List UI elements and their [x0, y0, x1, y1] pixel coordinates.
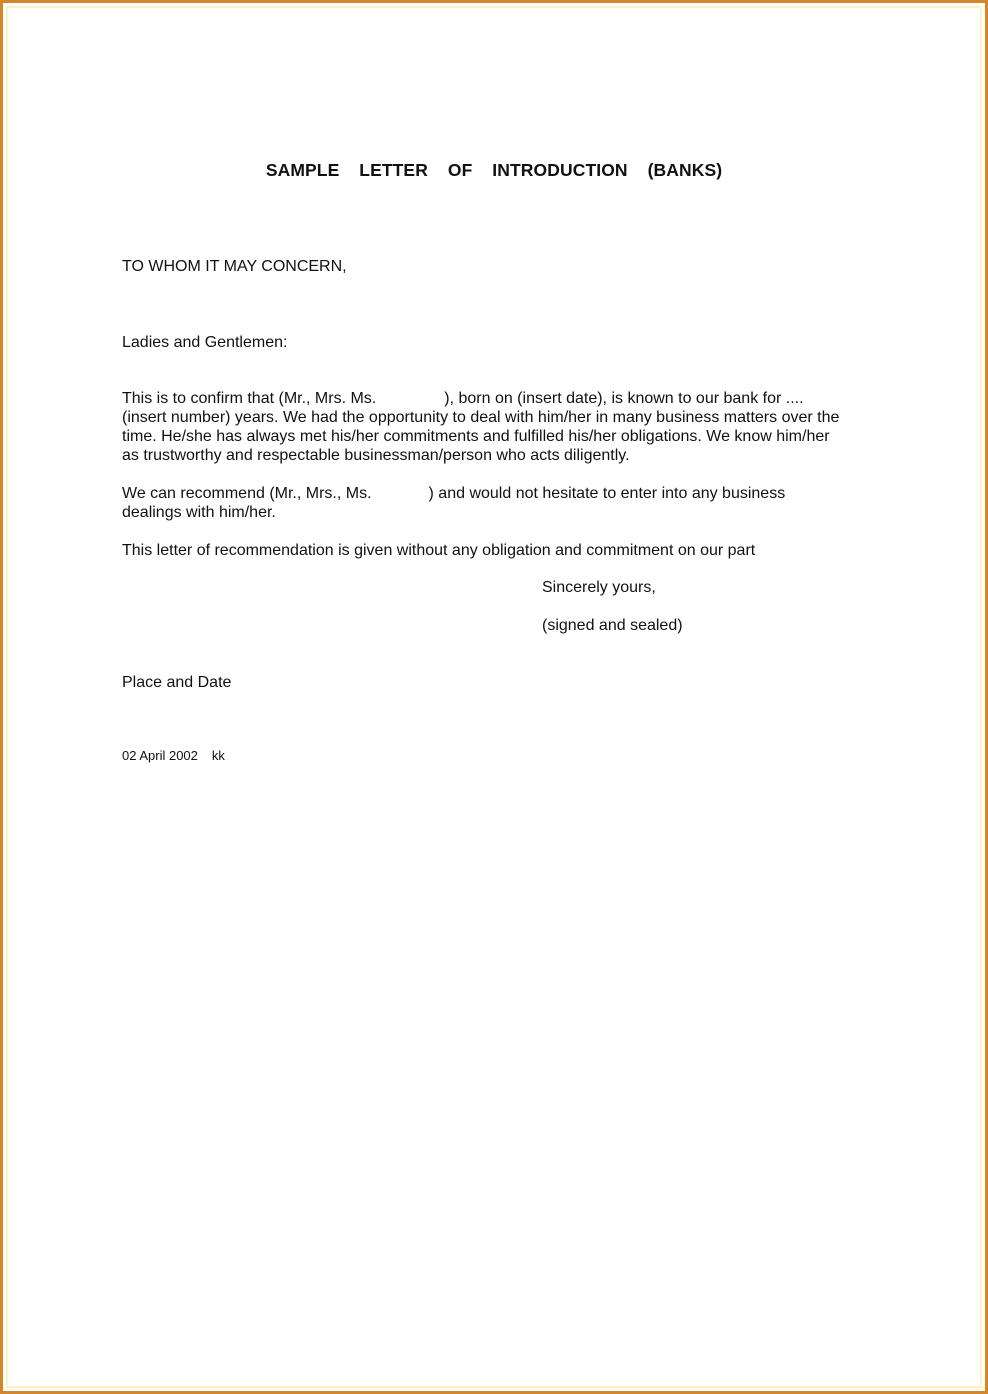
footer-date: 02 April 2002 — [122, 748, 198, 763]
text-segment: We can recommend (Mr., Mrs., Ms. — [122, 485, 372, 502]
paragraph-line: This is to confirm that (Mr., Mrs. Ms.),… — [122, 389, 839, 408]
paragraph-line: (insert number) years. We had the opport… — [122, 408, 839, 427]
paragraph-confirmation: This is to confirm that (Mr., Mrs. Ms.),… — [122, 389, 839, 465]
text-segment: This is to confirm that (Mr., Mrs. Ms. — [122, 390, 376, 407]
closing: Sincerely yours, — [542, 578, 656, 597]
page-border-inner — [6, 6, 982, 1388]
footer-initials: kk — [212, 748, 225, 763]
footer-reference: 02 April 2002kk — [122, 748, 225, 764]
salutation: Ladies and Gentlemen: — [122, 333, 287, 352]
place-and-date: Place and Date — [122, 673, 231, 692]
page-border — [0, 0, 988, 1394]
addressee: TO WHOM IT MAY CONCERN, — [122, 257, 347, 276]
text-segment: ) and would not hesitate to enter into a… — [429, 485, 786, 502]
paragraph-line: as trustworthy and respectable businessm… — [122, 446, 839, 465]
paragraph-disclaimer: This letter of recommendation is given w… — [122, 541, 755, 560]
paragraph-line: We can recommend (Mr., Mrs., Ms.) and wo… — [122, 484, 785, 503]
paragraph-recommendation: We can recommend (Mr., Mrs., Ms.) and wo… — [122, 484, 785, 522]
letter-title: SAMPLE LETTER OF INTRODUCTION (BANKS) — [0, 160, 988, 181]
paragraph-line: dealings with him/her. — [122, 503, 785, 522]
paragraph-line: time. He/she has always met his/her comm… — [122, 427, 839, 446]
signature-line: (signed and sealed) — [542, 616, 683, 635]
text-segment: ), born on (insert date), is known to ou… — [444, 390, 803, 407]
